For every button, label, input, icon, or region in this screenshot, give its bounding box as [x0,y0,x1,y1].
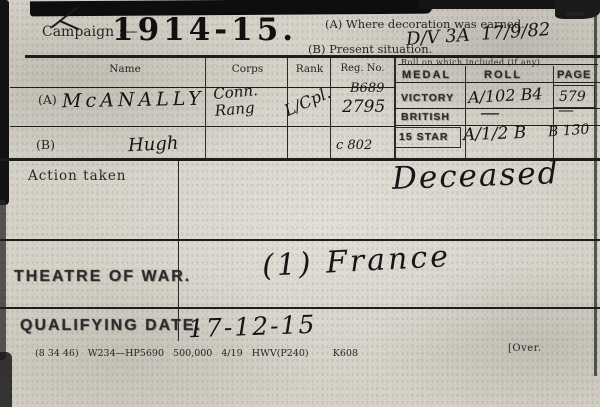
qualifying-date-handwritten: 17-12-15 [188,310,317,343]
scan-artifact-left-strip [0,0,9,205]
medal-table-header-page: PAGE [557,69,591,81]
rank-handwritten: L/Cpl. [281,83,333,120]
column-header-name: Name [45,63,205,75]
medal-row-star-roll: A/1/2 B [463,123,527,145]
medal-row-british-page: — [558,100,574,119]
roll-note-strikethrough [398,64,598,65]
medal-row-british-label: BRITISH [401,111,450,123]
roll-note: Roll on which included (if any) [401,58,540,67]
medal-table-header-roll: ROLL [484,69,522,81]
forename-handwritten: Hugh [127,133,178,157]
rule-under-theatre-section [0,307,600,309]
column-header-regno: Reg. No. [331,63,394,74]
divider-roll-page [553,66,554,158]
campaign-value: 1914-15. [112,12,297,48]
medal-row-british-roll: — [480,100,500,124]
medal-index-card: Campaign :— 1914-15. (A) Where decoratio… [0,0,600,407]
rule-under-medal-headers [395,82,600,83]
row-b-label: (B) [36,137,55,152]
medal-row-victory-roll: A/102 B4 [468,84,543,107]
rule-under-action-section [0,239,600,241]
regno-rowb-handwritten: c 802 [336,138,372,153]
rule-under-row-a [10,126,395,127]
medal-row-victory-label: VICTORY [401,92,454,104]
surname-handwritten: McANALLY [62,88,205,112]
qualifying-date-label: QUALIFYING DATE. [20,317,202,335]
divider-label-column [178,161,179,341]
corps-handwritten: Conn.Rang [213,82,260,120]
medal-table-header-medal: MEDAL [402,69,451,81]
note-b-label: (B) Present situation. [308,42,432,56]
action-taken-label: Action taken [28,168,127,184]
printer-code: (8 34 46) W234—HP5690 500,000 4/19 HWV(P… [35,348,358,359]
scan-artifact-bottom-left [0,352,12,407]
regno-top-handwritten: B689 [350,81,384,96]
over-note: [Over. [508,343,542,354]
scan-artifact-dash [566,12,584,16]
scan-artifact-left-strip-lower [0,200,6,360]
scan-artifact-right-edge [594,14,597,376]
column-header-corps: Corps [208,63,287,75]
medal-row-star-label: 15 STAR [399,131,448,143]
regno-main-handwritten: 2795 [342,97,385,117]
theatre-of-war-handwritten: (1) France [261,239,452,284]
theatre-of-war-label: THEATRE OF WAR. [14,268,191,286]
action-taken-handwritten: Deceased [391,155,560,197]
medal-row-star-page: B 130 [547,122,589,141]
row-a-label: (A) [38,92,57,107]
column-header-rank: Rank [289,63,330,75]
corps-line2: Rang [214,98,255,119]
